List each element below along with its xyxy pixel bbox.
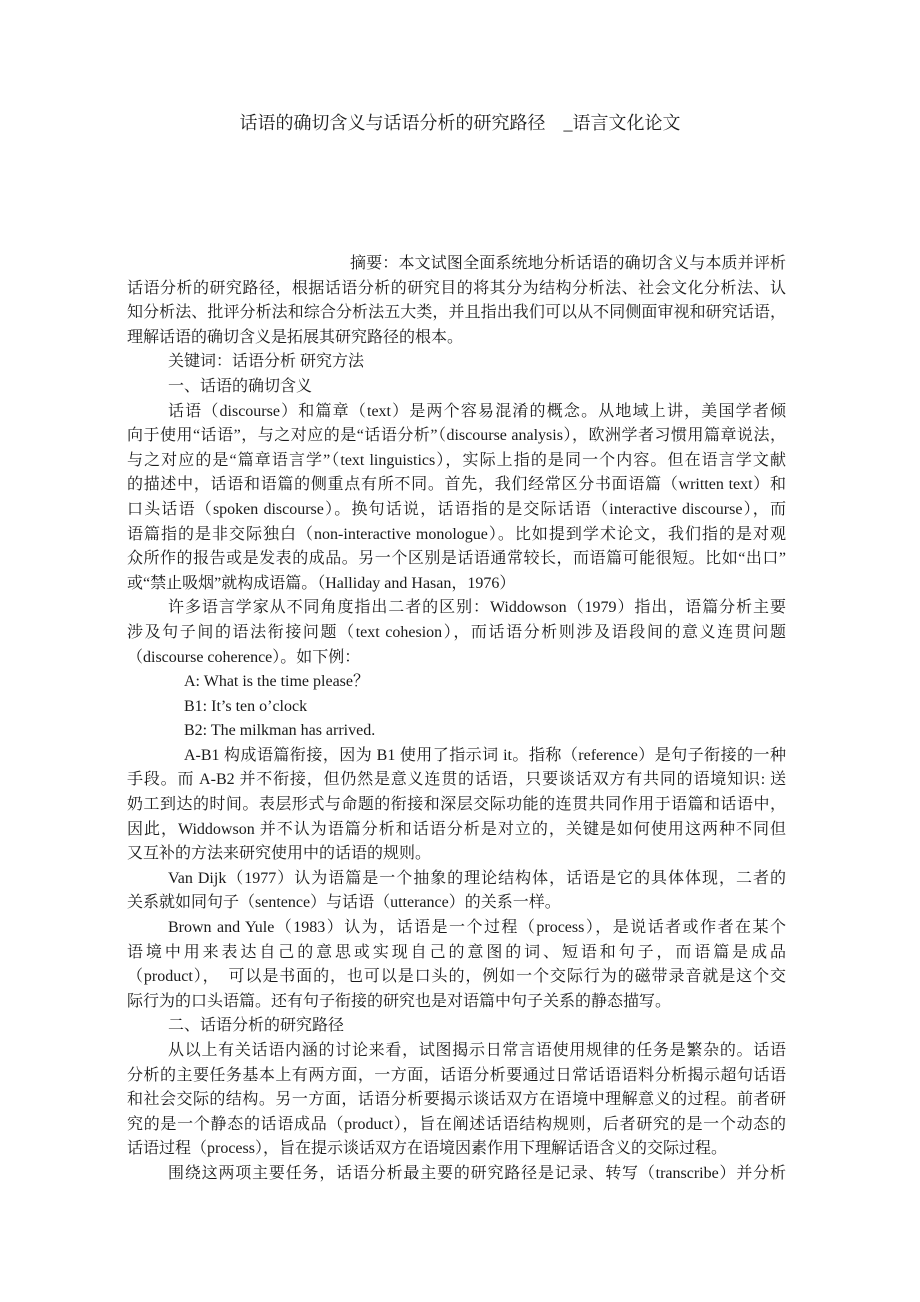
- text-line: 话语过程（process），旨在提示谈话双方在语境因素作用下理解话语含义的交际过…: [127, 1137, 786, 1162]
- text-line: 知分析法、批评分析法和综合分析法五大类，并且指出我们可以从不同侧面审视和研究话语…: [127, 301, 786, 326]
- document-body: 摘要：本文试图全面系统地分析话语的确切含义与本质并评析话语分析的研究路径，根据话…: [127, 252, 786, 1187]
- text-line: B1: It’s ten o’clock: [127, 695, 786, 720]
- text-line: 又互补的方法来研究使用中的话语的规则。: [127, 842, 786, 867]
- text-line: 分析的主要任务基本上有两方面，一方面，话语分析要通过日常话语语料分析揭示超句话语: [127, 1064, 786, 1089]
- document-page: 话语的确切含义与话语分析的研究路径 _语言文化论文 摘要：本文试图全面系统地分析…: [0, 0, 920, 1302]
- text-line: 话语（discourse）和篇章（text）是两个容易混淆的概念。从地域上讲，美…: [127, 400, 786, 425]
- text-line: 口头话语（spoken discourse）。换句话说，话语指的是交际话语（in…: [127, 498, 786, 523]
- text-line: 摘要：本文试图全面系统地分析话语的确切含义与本质并评析: [127, 252, 786, 277]
- text-line: 关键词：话语分析 研究方法: [127, 350, 786, 375]
- text-line: 关系就如同句子（sentence）与话语（utterance）的关系一样。: [127, 891, 786, 916]
- text-line: Brown and Yule（1983）认为，话语是一个过程（process），…: [127, 916, 786, 941]
- text-line: （product）， 可以是书面的，也可以是口头的，例如一个交际行为的磁带录音就…: [127, 965, 786, 990]
- text-line: A-B1 构成语篇衔接，因为 B1 使用了指示词 it。指称（reference…: [127, 744, 786, 769]
- text-line: 话语分析的研究路径，根据话语分析的研究目的将其分为结构分析法、社会文化分析法、认: [127, 277, 786, 302]
- text-line: A: What is the time please？: [127, 670, 786, 695]
- text-line: 从以上有关话语内涵的讨论来看，试图揭示日常言语使用规律的任务是繁杂的。话语: [127, 1039, 786, 1064]
- text-line: 围绕这两项主要任务，话语分析最主要的研究路径是记录、转写（transcribe）…: [127, 1162, 786, 1187]
- text-line: 与之对应的是“篇章语言学”（text linguistics），实际上指的是同一…: [127, 449, 786, 474]
- text-line: Van Dijk（1977）认为语篇是一个抽象的理论结构体，话语是它的具体体现，…: [127, 867, 786, 892]
- text-line: 涉及句子间的语法衔接问题（text cohesion），而话语分析则涉及语段间的…: [127, 621, 786, 646]
- text-line: 奶工到达的时间。表层形式与命题的衔接和深层交际功能的连贯共同作用于语篇和话语中，: [127, 793, 786, 818]
- text-line: 众所作的报告或是发表的成品。另一个区别是话语通常较长，而语篇可能很短。比如“出口…: [127, 547, 786, 572]
- text-line: 语篇指的是非交际独白（non-interactive monologue）。比如…: [127, 523, 786, 548]
- text-line: B2: The milkman has arrived.: [127, 719, 786, 744]
- text-line: 向于使用“话语”，与之对应的是“话语分析”（discourse analysis…: [127, 424, 786, 449]
- text-line: 手段。而 A-B2 并不衔接，但仍然是意义连贯的话语，只要谈话双方有共同的语境知…: [127, 768, 786, 793]
- text-line: 二、话语分析的研究路径: [127, 1014, 786, 1039]
- text-line: 和社会交际的结构。另一方面，话语分析要揭示谈话双方在语境中理解意义的过程。前者研: [127, 1088, 786, 1113]
- text-line: 许多语言学家从不同角度指出二者的区别：Widdowson（1979）指出，语篇分…: [127, 596, 786, 621]
- text-line: 或“禁止吸烟”就构成语篇。（Halliday and Hasan，1976）: [127, 572, 786, 597]
- text-line: 的描述中，话语和语篇的侧重点有所不同。首先，我们经常区分书面语篇（written…: [127, 473, 786, 498]
- document-title: 话语的确切含义与话语分析的研究路径 _语言文化论文: [0, 112, 920, 134]
- text-line: （discourse coherence）。如下例：: [127, 646, 786, 671]
- text-line: 际行为的口头语篇。还有句子衔接的研究也是对语篇中句子关系的静态描写。: [127, 990, 786, 1015]
- text-line: 究的是一个静态的话语成品（product），旨在阐述话语结构规则，后者研究的是一…: [127, 1113, 786, 1138]
- text-line: 理解话语的确切含义是拓展其研究路径的根本。: [127, 326, 786, 351]
- text-line: 语境中用来表达自己的意思或实现自己的意图的词、短语和句子，而语篇是成品: [127, 941, 786, 966]
- text-line: 一、话语的确切含义: [127, 375, 786, 400]
- text-line: 因此，Widdowson 并不认为语篇分析和话语分析是对立的，关键是如何使用这两…: [127, 818, 786, 843]
